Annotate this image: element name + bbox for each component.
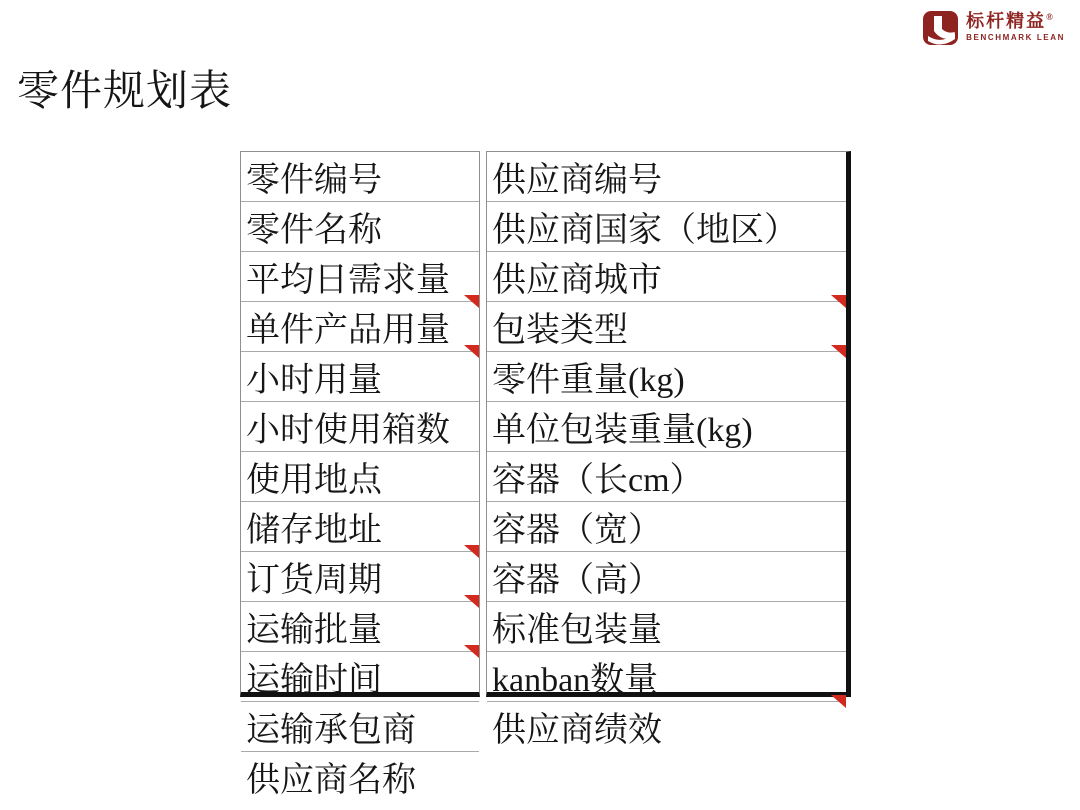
table-cell: 小时使用箱数 <box>241 401 479 451</box>
logo-brand-en: BENCHMARK LEAN <box>966 33 1065 42</box>
table-cell: 零件编号 <box>241 152 479 201</box>
table-cell: 容器（宽） <box>487 501 846 551</box>
comment-indicator-icon <box>464 595 479 608</box>
comment-indicator-icon <box>464 295 479 308</box>
parts-planning-table: 零件编号 零件名称 平均日需求量 单件产品用量 小时用量 小时使用箱数 使用地点… <box>240 151 851 697</box>
table-cell-label: 单件产品用量 <box>246 302 450 351</box>
table-cell: 供应商国家（地区） <box>487 201 846 251</box>
table-cell-label: 供应商城市 <box>492 252 662 301</box>
table-column-right: 供应商编号 供应商国家（地区） 供应商城市 包装类型 零件重量(kg) 单位包装… <box>486 151 851 697</box>
table-cell-label: 平均日需求量 <box>246 252 450 301</box>
table-cell-label: 供应商编号 <box>492 152 662 201</box>
logo-text-block: 标杆精益® BENCHMARK LEAN <box>966 8 1065 42</box>
table-cell: 运输批量 <box>241 601 479 651</box>
table-cell: 运输承包商 <box>241 701 479 751</box>
table-cell-label: 小时用量 <box>246 352 382 401</box>
table-cell-label: 供应商名称 <box>246 752 416 801</box>
table-cell: 平均日需求量 <box>241 251 479 301</box>
comment-indicator-icon <box>831 295 846 308</box>
table-cell: 供应商城市 <box>487 251 846 301</box>
logo-brand-cn-text: 标杆精益 <box>966 11 1046 31</box>
table-cell-label: 标准包装量 <box>492 602 662 651</box>
table-cell-label: 容器（宽） <box>492 502 662 551</box>
table-cell-label: 订货周期 <box>246 552 382 601</box>
table-cell-label: 零件名称 <box>246 202 382 251</box>
comment-indicator-icon <box>464 645 479 658</box>
table-cell: 供应商绩效 <box>487 701 846 751</box>
comment-indicator-icon <box>464 545 479 558</box>
table-cell: 零件名称 <box>241 201 479 251</box>
table-cell: kanban数量 <box>487 651 846 701</box>
comment-indicator-icon <box>464 345 479 358</box>
table-cell: 标准包装量 <box>487 601 846 651</box>
comment-indicator-icon <box>831 345 846 358</box>
table-cell-label: 小时使用箱数 <box>246 402 450 451</box>
table-cell-label: 容器（高） <box>492 552 662 601</box>
table-cell-label: 运输时间 <box>246 652 382 701</box>
table-cell: 零件重量(kg) <box>487 351 846 401</box>
benchmark-lean-logo-icon <box>921 8 961 48</box>
registered-mark: ® <box>1046 12 1053 22</box>
table-cell-label: 零件编号 <box>246 152 382 201</box>
table-cell: 单位包装重量(kg) <box>487 401 846 451</box>
table-cell: 使用地点 <box>241 451 479 501</box>
table-cell: 容器（长cm） <box>487 451 846 501</box>
table-column-left: 零件编号 零件名称 平均日需求量 单件产品用量 小时用量 小时使用箱数 使用地点… <box>240 151 480 697</box>
table-cell-label: 供应商国家（地区） <box>492 202 798 251</box>
table-cell-label: 供应商绩效 <box>492 702 662 751</box>
table-cell-label: 使用地点 <box>246 452 382 501</box>
table-cell: 供应商名称 <box>241 751 479 801</box>
slide: 零件规划表 标杆精益® BENCHMARK LEAN 零件编号 零件名称 平均日… <box>0 0 1080 810</box>
table-cell: 运输时间 <box>241 651 479 701</box>
comment-indicator-icon <box>831 695 846 708</box>
brand-logo: 标杆精益® BENCHMARK LEAN <box>921 8 1065 48</box>
table-cell: 储存地址 <box>241 501 479 551</box>
table-cell-label: kanban数量 <box>492 652 658 701</box>
table-cell: 小时用量 <box>241 351 479 401</box>
table-cell-label: 零件重量(kg) <box>492 352 685 401</box>
table-cell-label: 容器（长cm） <box>492 452 704 501</box>
table-cell-label: 储存地址 <box>246 502 382 551</box>
table-cell: 单件产品用量 <box>241 301 479 351</box>
table-cell-label: 运输承包商 <box>246 702 416 751</box>
logo-brand-cn: 标杆精益® <box>966 11 1065 31</box>
table-cell: 供应商编号 <box>487 152 846 201</box>
table-cell-label: 运输批量 <box>246 602 382 651</box>
table-cell-label: 包装类型 <box>492 302 628 351</box>
table-cell: 包装类型 <box>487 301 846 351</box>
table-cell: 容器（高） <box>487 551 846 601</box>
table-cell-label: 单位包装重量(kg) <box>492 402 753 451</box>
table-cell: 订货周期 <box>241 551 479 601</box>
page-title: 零件规划表 <box>17 58 232 118</box>
